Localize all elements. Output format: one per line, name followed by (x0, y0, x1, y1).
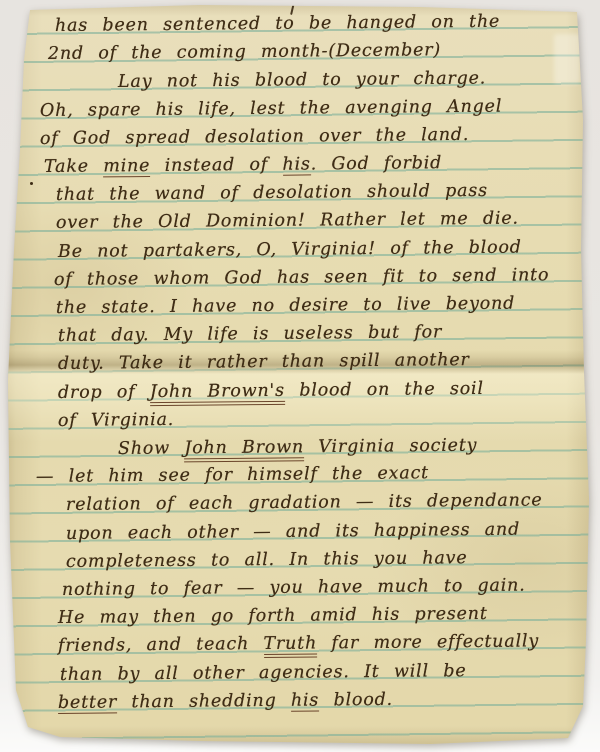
handwriting-layer: has been sentenced to be hanged on the2n… (0, 0, 600, 752)
underlined-word: mine (103, 156, 150, 177)
manuscript-text: far more effectually (317, 632, 539, 654)
manuscript-text: of Virginia. (58, 410, 174, 431)
manuscript-line: — let him see for himself the exact (36, 460, 429, 491)
underlined-word: better (58, 692, 117, 714)
manuscript-text: Be not partakers, O, Virginia! of the bl… (58, 237, 522, 261)
manuscript-text: of those whom God has seen fit to send i… (54, 265, 549, 290)
manuscript-text: Lay not his blood to your charge. (118, 69, 486, 93)
manuscript-text: instead of (150, 155, 282, 176)
manuscript-line: of God spread desolation over the land. (40, 122, 470, 153)
manuscript-text: — let him see for himself the exact (36, 463, 429, 487)
manuscript-text: has been sentenced to be hanged on the (55, 12, 500, 36)
underlined-word: Truth (263, 634, 317, 659)
manuscript-text: relation of each gradation — its dependa… (66, 491, 543, 516)
manuscript-text: . God forbid (311, 153, 443, 174)
manuscript-line: than by all other agencies. It will be (60, 658, 467, 689)
manuscript-text: 2nd of the coming month-(December) (48, 40, 441, 64)
manuscript-page: has been sentenced to be hanged on the2n… (0, 0, 600, 752)
manuscript-text: Show (118, 438, 185, 459)
underlined-word: his (282, 154, 310, 175)
ink-dot (12, 231, 14, 233)
manuscript-line: the state. I have no desire to live beyo… (56, 291, 515, 322)
manuscript-line: has been sentenced to be hanged on the (55, 9, 500, 40)
underlined-word: his (291, 690, 319, 711)
manuscript-text: completeness to all. In this you have (66, 548, 468, 572)
manuscript-text: blood on the soil (285, 379, 484, 401)
manuscript-line: friends, and teach Truth far more effect… (58, 629, 539, 661)
manuscript-text: nothing to fear — you have much to gain. (62, 576, 526, 600)
manuscript-text: upon each other — and its happiness and (66, 519, 520, 543)
manuscript-line: upon each other — and its happiness and (66, 516, 520, 547)
manuscript-line: over the Old Dominion! Rather let me die… (56, 206, 519, 237)
manuscript-line: Show John Brown Virginia society (118, 433, 478, 463)
manuscript-line: Take mine instead of his. God forbid (44, 150, 442, 181)
manuscript-text: over the Old Dominion! Rather let me die… (56, 209, 519, 233)
manuscript-line: duty. Take it rather than spill another (58, 347, 470, 378)
manuscript-line: Lay not his blood to your charge. (118, 66, 486, 97)
manuscript-text: drop of (58, 382, 150, 403)
manuscript-text: the state. I have no desire to live beyo… (56, 294, 515, 318)
manuscript-text: Take (44, 156, 103, 177)
manuscript-text: Oh, spare his life, lest the avenging An… (40, 96, 502, 120)
manuscript-line: of Virginia. (58, 407, 174, 435)
manuscript-line: relation of each gradation — its dependa… (66, 488, 543, 520)
manuscript-text: that day. My life is useless but for (58, 323, 442, 347)
manuscript-line: completeness to all. In this you have (66, 545, 468, 576)
manuscript-line: that the wand of desolation should pass (56, 178, 488, 209)
manuscript-text: that the wand of desolation should pass (56, 181, 488, 205)
photo-background: has been sentenced to be hanged on the2n… (0, 0, 600, 752)
manuscript-text: than shedding (117, 691, 291, 713)
manuscript-text: duty. Take it rather than spill another (58, 350, 470, 374)
underlined-word: John Brown (184, 437, 304, 462)
manuscript-line: better than shedding his blood. (58, 687, 393, 717)
manuscript-text: blood. (319, 690, 393, 711)
manuscript-line: Oh, spare his life, lest the avenging An… (40, 93, 502, 124)
manuscript-text: of God spread desolation over the land. (40, 125, 469, 149)
manuscript-line: of those whom God has seen fit to send i… (54, 262, 550, 294)
manuscript-line: that day. My life is useless but for (58, 320, 442, 351)
manuscript-text: than by all other agencies. It will be (60, 661, 467, 685)
manuscript-line: He may then go forth amid his present (58, 601, 488, 632)
manuscript-text: friends, and teach (58, 634, 264, 656)
manuscript-line: Be not partakers, O, Virginia! of the bl… (58, 234, 522, 265)
manuscript-line: 2nd of the coming month-(December) (48, 37, 441, 68)
manuscript-line: nothing to fear — you have much to gain. (62, 573, 526, 604)
manuscript-line: drop of John Brown's blood on the soil (58, 376, 484, 407)
underlined-word: John Brown's (150, 380, 285, 405)
manuscript-text: Virginia society (304, 436, 477, 458)
manuscript-text: He may then go forth amid his present (58, 604, 488, 628)
